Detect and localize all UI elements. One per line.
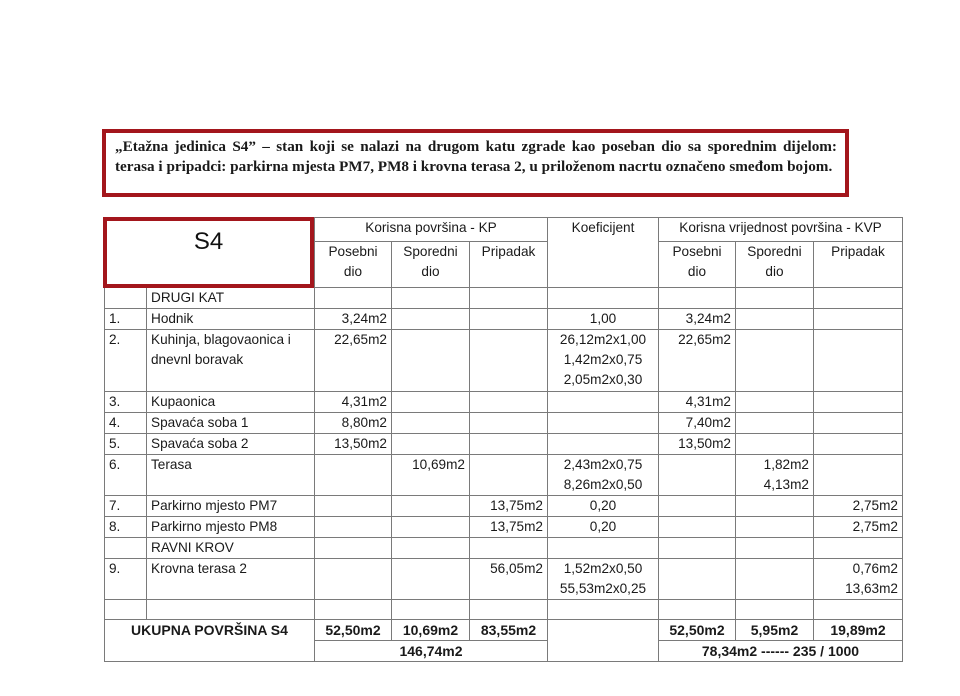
room-name: Hodnik — [147, 309, 315, 330]
kp-pripadak — [470, 330, 548, 392]
kp-posebni-header: Posebnidio — [315, 242, 392, 288]
kvp-sporedni — [736, 434, 814, 455]
kp-posebni: 22,65m2 — [315, 330, 392, 392]
kvp-posebni — [659, 288, 736, 309]
room-name: Krovna terasa 2 — [147, 559, 315, 600]
unit-description-box: „Etažna jedinica S4” – stan koji se nala… — [102, 129, 849, 197]
kvp-sporedni — [736, 309, 814, 330]
kp-pripadak — [470, 434, 548, 455]
table-row: 5.Spavaća soba 213,50m213,50m2 — [105, 434, 903, 455]
kvp-posebni — [659, 496, 736, 517]
koeficijent-header: Koeficijent — [548, 218, 659, 288]
row-number: 3. — [105, 392, 147, 413]
kvp-sporedni — [736, 392, 814, 413]
row-number: 9. — [105, 559, 147, 600]
kvp-sporedni — [736, 330, 814, 392]
total-kp-pripadak: 83,55m2 — [470, 620, 548, 641]
table-row: 6.Terasa10,69m22,43m2x0,758,26m2x0,501,8… — [105, 455, 903, 496]
table-row — [105, 600, 903, 620]
row-number: 7. — [105, 496, 147, 517]
row-number — [105, 600, 147, 620]
kvp-posebni: 13,50m2 — [659, 434, 736, 455]
kp-sporedni — [392, 600, 470, 620]
room-name: RAVNI KROV — [147, 538, 315, 559]
table-row: RAVNI KROV — [105, 538, 903, 559]
kvp-posebni: 22,65m2 — [659, 330, 736, 392]
table-row: 1.Hodnik3,24m21,003,24m2 — [105, 309, 903, 330]
koeficijent — [548, 600, 659, 620]
kvp-sporedni-header: Sporednidio — [736, 242, 814, 288]
row-number — [105, 538, 147, 559]
kvp-sporedni — [736, 538, 814, 559]
kp-sporedni — [392, 517, 470, 538]
kvp-posebni — [659, 455, 736, 496]
kp-sporedni — [392, 413, 470, 434]
kp-sporedni-header: Sporednidio — [392, 242, 470, 288]
kp-pripadak — [470, 600, 548, 620]
koeficijent: 1,52m2x0,5055,53m2x0,25 — [548, 559, 659, 600]
total-koef-empty — [548, 620, 659, 662]
row-number — [105, 288, 147, 309]
table-row: 9.Krovna terasa 256,05m21,52m2x0,5055,53… — [105, 559, 903, 600]
table-row: DRUGI KAT — [105, 288, 903, 309]
kp-posebni — [315, 600, 392, 620]
row-number: 8. — [105, 517, 147, 538]
kp-pripadak — [470, 309, 548, 330]
room-name: Kuhinja, blagovaonica idnevnl boravak — [147, 330, 315, 392]
kp-sporedni — [392, 309, 470, 330]
kp-posebni: 8,80m2 — [315, 413, 392, 434]
total-kp-sporedni: 10,69m2 — [392, 620, 470, 641]
kp-posebni — [315, 455, 392, 496]
room-name — [147, 600, 315, 620]
kp-posebni — [315, 496, 392, 517]
row-number: 4. — [105, 413, 147, 434]
kvp-pripadak — [814, 455, 903, 496]
kp-pripadak — [470, 392, 548, 413]
kp-posebni — [315, 517, 392, 538]
room-name: Spavaća soba 1 — [147, 413, 315, 434]
kvp-sporedni — [736, 600, 814, 620]
kvp-posebni-header: Posebnidio — [659, 242, 736, 288]
room-name: Terasa — [147, 455, 315, 496]
kvp-pripadak — [814, 392, 903, 413]
koeficijent — [548, 538, 659, 559]
room-name: Kupaonica — [147, 392, 315, 413]
kvp-posebni: 3,24m2 — [659, 309, 736, 330]
kvp-pripadak: 2,75m2 — [814, 517, 903, 538]
row-number: 6. — [105, 455, 147, 496]
kp-group-header: Korisna površina - KP — [315, 218, 548, 242]
kvp-pripadak — [814, 538, 903, 559]
kvp-sporedni — [736, 517, 814, 538]
kvp-pripadak: 2,75m2 — [814, 496, 903, 517]
unit-label: S4 — [103, 217, 314, 288]
table-row: 7.Parkirno mjesto PM713,75m20,202,75m2 — [105, 496, 903, 517]
kvp-posebni: 4,31m2 — [659, 392, 736, 413]
kp-posebni — [315, 559, 392, 600]
table-row: 4.Spavaća soba 18,80m27,40m2 — [105, 413, 903, 434]
kvp-pripadak — [814, 600, 903, 620]
table-row: 3.Kupaonica4,31m24,31m2 — [105, 392, 903, 413]
table-row: 2.Kuhinja, blagovaonica idnevnl boravak2… — [105, 330, 903, 392]
kp-pripadak: 13,75m2 — [470, 517, 548, 538]
koeficijent — [548, 392, 659, 413]
koeficijent: 0,20 — [548, 517, 659, 538]
kvp-posebni — [659, 538, 736, 559]
kp-sporedni — [392, 288, 470, 309]
kp-sporedni — [392, 538, 470, 559]
kvp-sporedni — [736, 413, 814, 434]
kp-sporedni — [392, 434, 470, 455]
kp-posebni: 3,24m2 — [315, 309, 392, 330]
total-kvp-pripadak: 19,89m2 — [814, 620, 903, 641]
table-row: 8.Parkirno mjesto PM813,75m20,202,75m2 — [105, 517, 903, 538]
kp-sporedni: 10,69m2 — [392, 455, 470, 496]
kp-pripadak — [470, 288, 548, 309]
row-number: 2. — [105, 330, 147, 392]
row-number: 1. — [105, 309, 147, 330]
koeficijent: 1,00 — [548, 309, 659, 330]
kp-pripadak — [470, 455, 548, 496]
koeficijent: 26,12m2x1,001,42m2x0,752,05m2x0,30 — [548, 330, 659, 392]
kp-posebni: 13,50m2 — [315, 434, 392, 455]
kp-pripadak: 13,75m2 — [470, 496, 548, 517]
kp-pripadak-header: Pripadak — [470, 242, 548, 288]
total-kvp-sporedni: 5,95m2 — [736, 620, 814, 641]
totals-row: UKUPNA POVRŠINA S4 52,50m2 10,69m2 83,55… — [105, 620, 903, 641]
kvp-pripadak — [814, 309, 903, 330]
kvp-sporedni: 1,82m24,13m2 — [736, 455, 814, 496]
kvp-sporedni — [736, 559, 814, 600]
koeficijent — [548, 288, 659, 309]
kp-posebni: 4,31m2 — [315, 392, 392, 413]
koeficijent — [548, 434, 659, 455]
kvp-group-header: Korisna vrijednost površina - KVP — [659, 218, 903, 242]
kp-posebni — [315, 538, 392, 559]
kvp-pripadak — [814, 434, 903, 455]
kp-sporedni — [392, 330, 470, 392]
kp-sporedni — [392, 559, 470, 600]
kp-pripadak — [470, 413, 548, 434]
kvp-posebni — [659, 559, 736, 600]
total-kp-posebni: 52,50m2 — [315, 620, 392, 641]
kvp-posebni — [659, 600, 736, 620]
kp-sporedni — [392, 392, 470, 413]
kp-pripadak: 56,05m2 — [470, 559, 548, 600]
kvp-posebni — [659, 517, 736, 538]
kvp-pripadak: 0,76m213,63m2 — [814, 559, 903, 600]
room-name: Parkirno mjesto PM8 — [147, 517, 315, 538]
total-kvp-sum: 78,34m2 ------ 235 / 1000 — [659, 641, 903, 662]
room-name: Parkirno mjesto PM7 — [147, 496, 315, 517]
koeficijent — [548, 413, 659, 434]
kvp-posebni: 7,40m2 — [659, 413, 736, 434]
row-number: 5. — [105, 434, 147, 455]
kvp-pripadak — [814, 413, 903, 434]
total-kp-sum: 146,74m2 — [315, 641, 548, 662]
kp-sporedni — [392, 496, 470, 517]
kp-pripadak — [470, 538, 548, 559]
kvp-sporedni — [736, 496, 814, 517]
room-name: Spavaća soba 2 — [147, 434, 315, 455]
koeficijent: 2,43m2x0,758,26m2x0,50 — [548, 455, 659, 496]
kvp-pripadak-header: Pripadak — [814, 242, 903, 288]
kvp-pripadak — [814, 288, 903, 309]
koeficijent: 0,20 — [548, 496, 659, 517]
kvp-pripadak — [814, 330, 903, 392]
total-kvp-posebni: 52,50m2 — [659, 620, 736, 641]
totals-label: UKUPNA POVRŠINA S4 — [105, 620, 315, 662]
kp-posebni — [315, 288, 392, 309]
kvp-sporedni — [736, 288, 814, 309]
room-name: DRUGI KAT — [147, 288, 315, 309]
